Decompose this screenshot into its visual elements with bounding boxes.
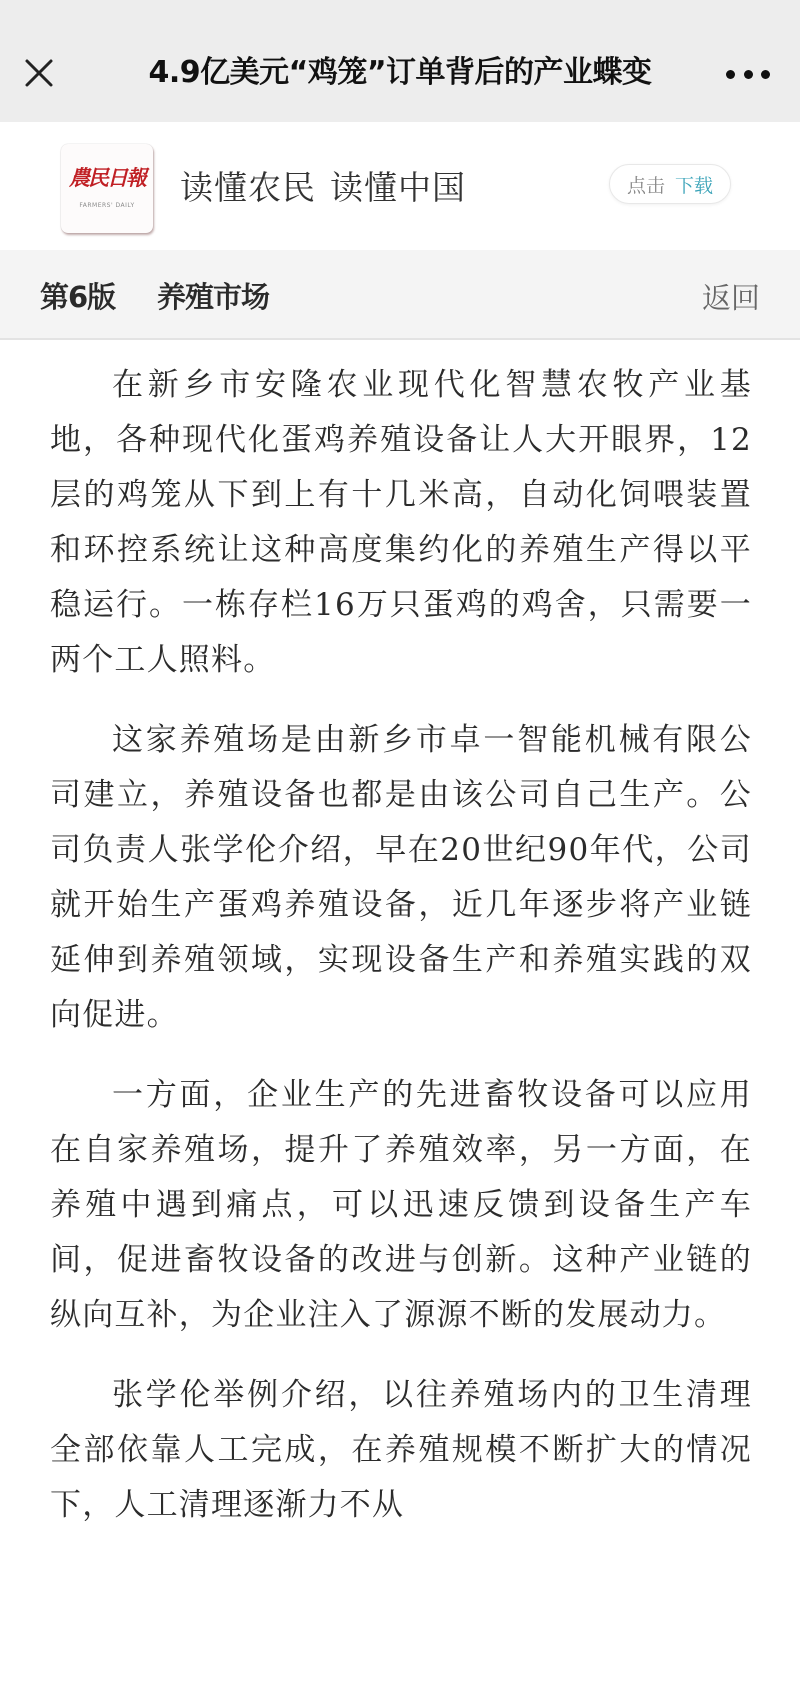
download-button[interactable]: 点击 下载 <box>609 164 731 204</box>
more-icon-dot <box>761 70 770 79</box>
close-icon <box>22 56 56 90</box>
brand-slogan: 读懂农民读懂中国 <box>180 162 480 209</box>
download-prefix: 点击 <box>627 171 665 198</box>
article-paragraph: 张学伦举例介绍，以往养殖场内的卫生清理全部依靠人工完成，在养殖规模不断扩大的情况… <box>50 1368 752 1533</box>
back-button[interactable]: 返回 <box>702 276 760 317</box>
brand-banner: 農民日報 FARMERS' DAILY 读懂农民读懂中国 点击 下载 <box>0 122 800 250</box>
page-title: 4.9亿美元“鸡笼”订单背后的产业蝶变 <box>110 52 690 94</box>
close-button[interactable] <box>22 56 56 90</box>
article-paragraph: 一方面，企业生产的先进畜牧设备可以应用在自家养殖场，提升了养殖效率，另一方面，在… <box>50 1068 752 1343</box>
more-icon <box>726 70 735 79</box>
column-label: 养殖市场 <box>157 275 269 316</box>
section-bar: 第6版 养殖市场 返回 <box>0 250 800 340</box>
logo-text-cn: 農民日報 <box>65 162 149 192</box>
slogan-part-2: 读懂中国 <box>330 168 466 207</box>
logo-text-en: FARMERS' DAILY <box>61 202 153 209</box>
more-button[interactable] <box>726 62 770 86</box>
article-body: 在新乡市安隆农业现代化智慧农牧产业基地，各种现代化蛋鸡养殖设备让人大开眼界，12… <box>50 358 752 1558</box>
article-paragraph: 在新乡市安隆农业现代化智慧农牧产业基地，各种现代化蛋鸡养殖设备让人大开眼界，12… <box>50 358 752 688</box>
edition-label: 第6版 <box>40 275 115 316</box>
download-label: 下载 <box>675 171 713 198</box>
slogan-part-1: 读懂农民 <box>180 168 316 207</box>
top-nav-bar: 4.9亿美元“鸡笼”订单背后的产业蝶变 <box>0 0 800 122</box>
more-icon-dot <box>744 70 753 79</box>
farmers-daily-logo[interactable]: 農民日報 FARMERS' DAILY <box>61 144 153 233</box>
article-paragraph: 这家养殖场是由新乡市卓一智能机械有限公司建立，养殖设备也都是由该公司自己生产。公… <box>50 713 752 1043</box>
